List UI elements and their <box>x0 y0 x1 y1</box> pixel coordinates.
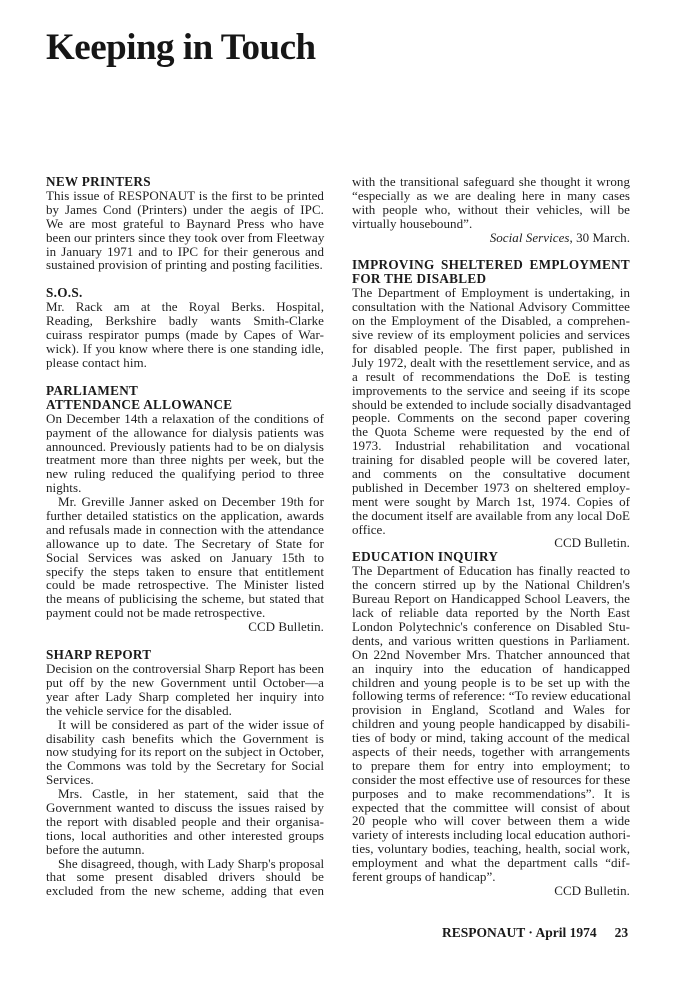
text-line: Reading, Berkshire badly wants Smith-Cla… <box>46 314 324 328</box>
text-line: provision in England, Scotland and Wales… <box>352 703 630 717</box>
text-line: purposes and to make recommendations”. I… <box>352 787 630 801</box>
article-heading: PARLIAMENT <box>46 384 324 398</box>
right-column: with the transitional safeguard she thou… <box>352 175 630 898</box>
section-gap <box>352 244 630 258</box>
text-line: ment were sought by March 1st, 1974. Cop… <box>352 495 630 509</box>
text-line: 20 people who will cover between them a … <box>352 814 630 828</box>
text-line: an inquiry into the education of handica… <box>352 662 630 676</box>
text-line: employment and what the department calls… <box>352 856 630 870</box>
text-line: the Commons was told by the Secretary fo… <box>46 759 324 773</box>
text-line: Services. <box>46 773 324 787</box>
text-line: allowance up to date. The Secretary of S… <box>46 537 324 551</box>
text-line: the document itself are available from a… <box>352 509 630 523</box>
article-sharp-report: SHARP REPORT Decision on the controversi… <box>46 648 324 898</box>
text-line: July 1972, dealt with the resettlement s… <box>352 356 630 370</box>
article-source: CCD Bulletin. <box>46 620 324 634</box>
text-line: tions, local authorities and other inter… <box>46 829 324 843</box>
text-line: with people who, without their vehicles,… <box>352 203 630 217</box>
article-heading: EDUCATION INQUIRY <box>352 550 630 564</box>
article-heading: S.O.S. <box>46 286 324 300</box>
text-line: Social Services was asked on January 15t… <box>46 551 324 565</box>
text-line: a result of recommendations the DoE is t… <box>352 370 630 384</box>
text-line: could be made retrospective. The Ministe… <box>46 578 324 592</box>
page-title: Keeping in Touch <box>46 26 316 69</box>
text-line: training for disabled people will be cov… <box>352 453 630 467</box>
text-line: for disabled people. The first paper, pu… <box>352 342 630 356</box>
text-line: consider the most effective use of resou… <box>352 773 630 787</box>
text-line: the means of publicising the scheme, but… <box>46 592 324 606</box>
text-line: the concern stirred up by the National C… <box>352 578 630 592</box>
article-sharp-report-continued: with the transitional safeguard she thou… <box>352 175 630 244</box>
page-footer: RESPONAUT · April 197423 <box>442 925 628 941</box>
text-line: cuirass respirator pumps (made by Capes … <box>46 328 324 342</box>
text-line: announced. Previously patients had to be… <box>46 440 324 454</box>
source-title: Social Services <box>490 230 570 245</box>
section-gap <box>46 634 324 648</box>
text-line: been our printers since they took over f… <box>46 231 324 245</box>
text-line: “especially as we are dealing here in ma… <box>352 189 630 203</box>
text-line: children and young people handicapped by… <box>352 717 630 731</box>
text-line: Government wanted to discuss the issues … <box>46 801 324 815</box>
text-line: following terms of reference: “To review… <box>352 689 630 703</box>
text-line: on the Employment of the Disabled, a com… <box>352 314 630 328</box>
text-line: ties, voluntary bodies, teaching, health… <box>352 842 630 856</box>
text-line: in January 1971 and to IPC for their gen… <box>46 245 324 259</box>
text-line: the Quota Scheme were requested by the e… <box>352 425 630 439</box>
text-line: It will be considered as part of the wid… <box>46 718 324 732</box>
text-line: published in December 1973 on sheltered … <box>352 481 630 495</box>
text-line: that some present disabled drivers shoul… <box>46 870 324 884</box>
article-sheltered-employment: IMPROVING SHELTERED EMPLOYMENT FOR THE D… <box>352 258 630 550</box>
article-heading: IMPROVING SHELTERED EMPLOYMENT <box>352 258 630 272</box>
article-education-inquiry: EDUCATION INQUIRY The Department of Educ… <box>352 550 630 897</box>
text-line: with the transitional safeguard she thou… <box>352 175 630 189</box>
text-line: dents, and various written questions in … <box>352 634 630 648</box>
text-line: We are most grateful to Baynard Press wh… <box>46 217 324 231</box>
article-sos: S.O.S. Mr. Rack am at the Royal Berks. H… <box>46 286 324 369</box>
text-line: sustained provision of printing and post… <box>46 258 324 272</box>
text-line: office. <box>352 523 630 537</box>
article-heading: SHARP REPORT <box>46 648 324 662</box>
text-line: and refusals made in connection with the… <box>46 523 324 537</box>
article-parliament: PARLIAMENT ATTENDANCE ALLOWANCE On Decem… <box>46 384 324 634</box>
text-line: She disagreed, though, with Lady Sharp's… <box>46 857 324 871</box>
section-gap <box>46 272 324 286</box>
text-line: people. Comments on the second paper cov… <box>352 411 630 425</box>
text-line: payment of the allowance for dialysis pa… <box>46 426 324 440</box>
text-line: ties of body or mind, taking account of … <box>352 731 630 745</box>
text-line: Mrs. Castle, in her statement, said that… <box>46 787 324 801</box>
section-gap <box>46 370 324 384</box>
article-subheading: ATTENDANCE ALLOWANCE <box>46 398 324 412</box>
text-line: Mr. Greville Janner asked on December 19… <box>46 495 324 509</box>
text-line: wick). If you know where there is one st… <box>46 342 324 356</box>
text-line: Bureau Report on Handicapped School Leav… <box>352 592 630 606</box>
text-line: Mr. Rack am at the Royal Berks. Hospital… <box>46 300 324 314</box>
left-column: NEW PRINTERS This issue of RESPONAUT is … <box>46 175 324 898</box>
text-line: the report with disabled people and thei… <box>46 815 324 829</box>
text-line: Decision on the controversial Sharp Repo… <box>46 662 324 676</box>
text-line: should be extended to include socially d… <box>352 398 630 412</box>
text-line: aspects of their needs, together with ar… <box>352 745 630 759</box>
text-line: The Department of Education has finally … <box>352 564 630 578</box>
article-heading-continued: FOR THE DISABLED <box>352 272 630 286</box>
text-line: treatment more than three nights per wee… <box>46 453 324 467</box>
text-line: children and young people is to be set u… <box>352 676 630 690</box>
text-line: further detailed statistics on the appli… <box>46 509 324 523</box>
text-line: 1973. Industrial rehabilitation and voca… <box>352 439 630 453</box>
article-source: CCD Bulletin. <box>352 884 630 898</box>
article-source: CCD Bulletin. <box>352 536 630 550</box>
text-line: On December 14th a relaxation of the con… <box>46 412 324 426</box>
text-line: before the autumn. <box>46 843 324 857</box>
text-line: improvements to the service and seeing i… <box>352 384 630 398</box>
text-line: please contact him. <box>46 356 324 370</box>
publication-info: RESPONAUT · April 1974 <box>442 925 597 940</box>
text-line: virtually housebound”. <box>352 217 630 231</box>
text-line: expected that the committee will consist… <box>352 801 630 815</box>
text-line: This issue of RESPONAUT is the first to … <box>46 189 324 203</box>
text-line: disability cash benefits which the Gover… <box>46 732 324 746</box>
text-line: now studying for its report on the subje… <box>46 745 324 759</box>
text-line: by James Cond (Printers) under the aegis… <box>46 203 324 217</box>
text-line: variety of interests including local edu… <box>352 828 630 842</box>
text-line: year after Lady Sharp completed her inqu… <box>46 690 324 704</box>
text-line: The Department of Employment is undertak… <box>352 286 630 300</box>
page-number: 23 <box>615 925 629 940</box>
text-line: consultation with the National Advisory … <box>352 300 630 314</box>
text-line: to prepare them for entry into employmen… <box>352 759 630 773</box>
text-line: lack of reliable data reported by the No… <box>352 606 630 620</box>
text-line: the vehicle service for the disabled. <box>46 704 324 718</box>
text-line: new ruling reduced the qualifying period… <box>46 467 324 481</box>
text-line: sive review of its employment policies a… <box>352 328 630 342</box>
text-line: specify the steps taken to ensure that e… <box>46 565 324 579</box>
text-line: payment could not be made retrospective. <box>46 606 324 620</box>
text-line: excluded from the new scheme, adding tha… <box>46 884 324 898</box>
text-line: London Polytechnic's conference on Disab… <box>352 620 630 634</box>
article-heading: NEW PRINTERS <box>46 175 324 189</box>
text-line: nights. <box>46 481 324 495</box>
article-new-printers: NEW PRINTERS This issue of RESPONAUT is … <box>46 175 324 272</box>
text-line: put off by the new Government until Octo… <box>46 676 324 690</box>
text-line: On 22nd November Mrs. Thatcher announced… <box>352 648 630 662</box>
source-date: , 30 March. <box>570 230 630 245</box>
text-line: and comments on the consultative documen… <box>352 467 630 481</box>
text-line: ferent groups of handicap”. <box>352 870 630 884</box>
article-source: Social Services, 30 March. <box>352 231 630 245</box>
